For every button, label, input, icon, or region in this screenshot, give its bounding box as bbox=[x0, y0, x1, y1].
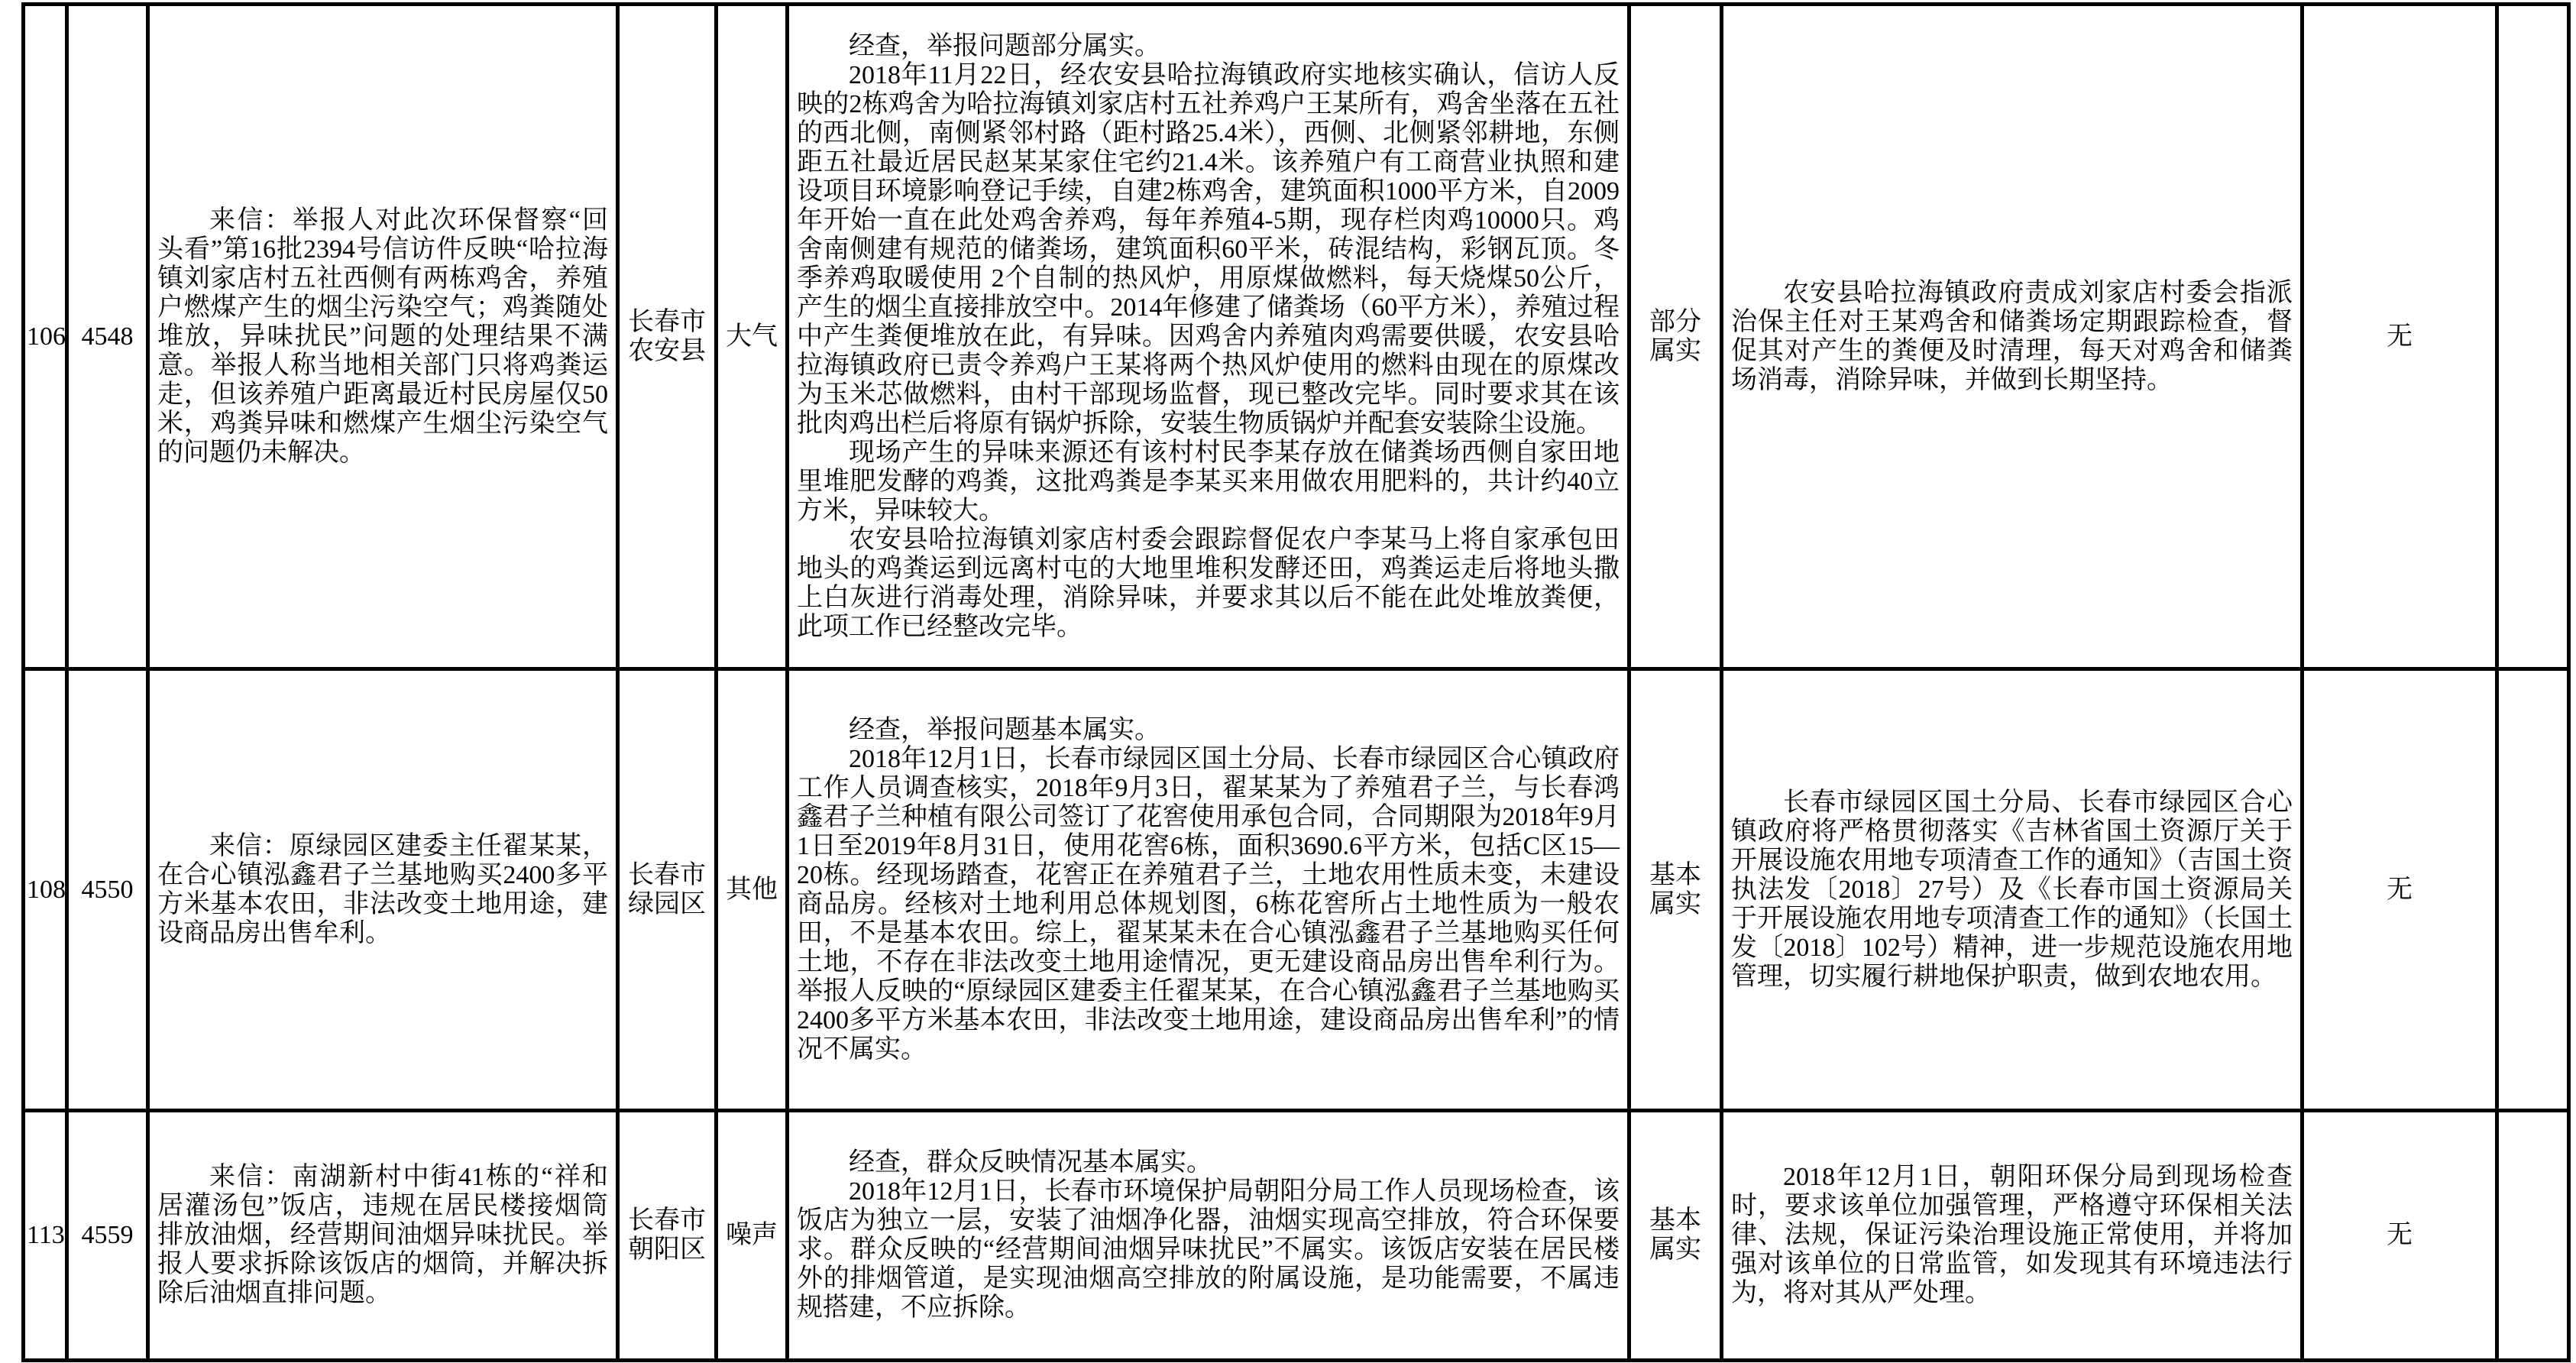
result-cell: 基本 属实 bbox=[1629, 669, 1722, 1111]
result-cell: 部分 属实 bbox=[1629, 5, 1722, 669]
location-cell: 长春市 农安县 bbox=[618, 5, 717, 669]
investigation-paragraph: 经查，群众反映情况基本属实。 bbox=[797, 1148, 1620, 1177]
table-row: 113 4559 来信：南湖新村中街41栋的“祥和居灌汤包”饭店，违规在居民楼接… bbox=[24, 1111, 2569, 1361]
measures-cell: 农安县哈拉海镇政府责成刘家店村委会指派治保主任对王某鸡舍和储粪场定期跟踪检查，督… bbox=[1722, 5, 2303, 669]
case-no-cell: 4559 bbox=[67, 1111, 148, 1361]
investigation-paragraph: 经查，举报问题基本属实。 bbox=[797, 716, 1620, 745]
complaint-cell: 来信：举报人对此次环保督察“回头看”第16批2394号信访件反映“哈拉海镇刘家店… bbox=[148, 5, 618, 669]
complaint-cell: 来信：原绿园区建委主任翟某某，在合心镇泓鑫君子兰基地购买2400多平方米基本农田… bbox=[148, 669, 618, 1111]
result-line: 部分 bbox=[1633, 308, 1718, 337]
location-line: 农安县 bbox=[621, 337, 713, 366]
investigation-paragraph: 2018年12月1日，长春市绿园区国土分局、长春市绿园区合心镇政府工作人员调查核… bbox=[797, 745, 1620, 1064]
type-cell: 其他 bbox=[717, 669, 788, 1111]
table-row: 106 4548 来信：举报人对此次环保督察“回头看”第16批2394号信访件反… bbox=[24, 5, 2569, 669]
seq-cell: 108 bbox=[24, 669, 67, 1111]
investigation-paragraph: 农安县哈拉海镇刘家店村委会跟踪督促农户李某马上将自家承包田地头的鸡粪运到远离村屯… bbox=[797, 526, 1620, 642]
complaint-text: 来信：南湖新村中街41栋的“祥和居灌汤包”饭店，违规在居民楼接烟筒排放油烟，经营… bbox=[157, 1163, 608, 1308]
location-cell: 长春市 朝阳区 bbox=[618, 1111, 717, 1361]
result-line: 基本 bbox=[1633, 861, 1718, 890]
result-line: 属实 bbox=[1633, 890, 1718, 919]
seq-cell: 113 bbox=[24, 1111, 67, 1361]
seq-cell: 106 bbox=[24, 5, 67, 669]
location-line: 朝阳区 bbox=[621, 1235, 713, 1264]
accountability-cell: 无 bbox=[2303, 1111, 2497, 1361]
location-line: 长春市 bbox=[621, 308, 713, 337]
investigation-cell: 经查，群众反映情况基本属实。 2018年12月1日，长春市环境保护局朝阳分局工作… bbox=[788, 1111, 1629, 1361]
type-cell: 噪声 bbox=[717, 1111, 788, 1361]
result-cell: 基本 属实 bbox=[1629, 1111, 1722, 1361]
result-line: 基本 bbox=[1633, 1206, 1718, 1235]
result-line: 属实 bbox=[1633, 1235, 1718, 1264]
investigation-paragraph: 经查，举报问题部分属实。 bbox=[797, 32, 1620, 61]
measures-text: 长春市绿园区国土分局、长春市绿园区合心镇政府将严格贯彻落实《吉林省国土资源厅关于… bbox=[1731, 788, 2293, 992]
result-line: 属实 bbox=[1633, 337, 1718, 366]
measures-cell: 2018年12月1日，朝阳环保分局到现场检查时，要求该单位加强管理，严格遵守环保… bbox=[1722, 1111, 2303, 1361]
empty-cell bbox=[2497, 1111, 2569, 1361]
empty-cell bbox=[2497, 669, 2569, 1111]
location-line: 长春市 bbox=[621, 861, 713, 890]
complaint-text: 来信：原绿园区建委主任翟某某，在合心镇泓鑫君子兰基地购买2400多平方米基本农田… bbox=[157, 832, 608, 948]
investigation-paragraph: 2018年12月1日，长春市环境保护局朝阳分局工作人员现场检查，该饭店为独立一层… bbox=[797, 1177, 1620, 1323]
type-cell: 大气 bbox=[717, 5, 788, 669]
complaint-text: 来信：举报人对此次环保督察“回头看”第16批2394号信访件反映“哈拉海镇刘家店… bbox=[157, 206, 608, 468]
measures-text: 2018年12月1日，朝阳环保分局到现场检查时，要求该单位加强管理，严格遵守环保… bbox=[1731, 1163, 2293, 1308]
investigation-paragraph: 现场产生的异味来源还有该村村民李某存放在储粪场西侧自家田地里堆肥发酵的鸡粪，这批… bbox=[797, 439, 1620, 526]
location-line: 绿园区 bbox=[621, 890, 713, 919]
accountability-cell: 无 bbox=[2303, 5, 2497, 669]
investigation-cell: 经查，举报问题基本属实。 2018年12月1日，长春市绿园区国土分局、长春市绿园… bbox=[788, 669, 1629, 1111]
case-no-cell: 4550 bbox=[67, 669, 148, 1111]
investigation-paragraph: 2018年11月22日，经农安县哈拉海镇政府实地核实确认，信访人反映的2栋鸡舍为… bbox=[797, 61, 1620, 439]
complaint-cell: 来信：南湖新村中街41栋的“祥和居灌汤包”饭店，违规在居民楼接烟筒排放油烟，经营… bbox=[148, 1111, 618, 1361]
case-no-cell: 4548 bbox=[67, 5, 148, 669]
complaint-handling-table: 106 4548 来信：举报人对此次环保督察“回头看”第16批2394号信访件反… bbox=[21, 2, 2571, 1362]
location-line: 长春市 bbox=[621, 1206, 713, 1235]
table-row: 108 4550 来信：原绿园区建委主任翟某某，在合心镇泓鑫君子兰基地购买240… bbox=[24, 669, 2569, 1111]
measures-cell: 长春市绿园区国土分局、长春市绿园区合心镇政府将严格贯彻落实《吉林省国土资源厅关于… bbox=[1722, 669, 2303, 1111]
location-cell: 长春市 绿园区 bbox=[618, 669, 717, 1111]
empty-cell bbox=[2497, 5, 2569, 669]
accountability-cell: 无 bbox=[2303, 669, 2497, 1111]
measures-text: 农安县哈拉海镇政府责成刘家店村委会指派治保主任对王某鸡舍和储粪场定期跟踪检查，督… bbox=[1731, 279, 2293, 395]
investigation-cell: 经查，举报问题部分属实。 2018年11月22日，经农安县哈拉海镇政府实地核实确… bbox=[788, 5, 1629, 669]
